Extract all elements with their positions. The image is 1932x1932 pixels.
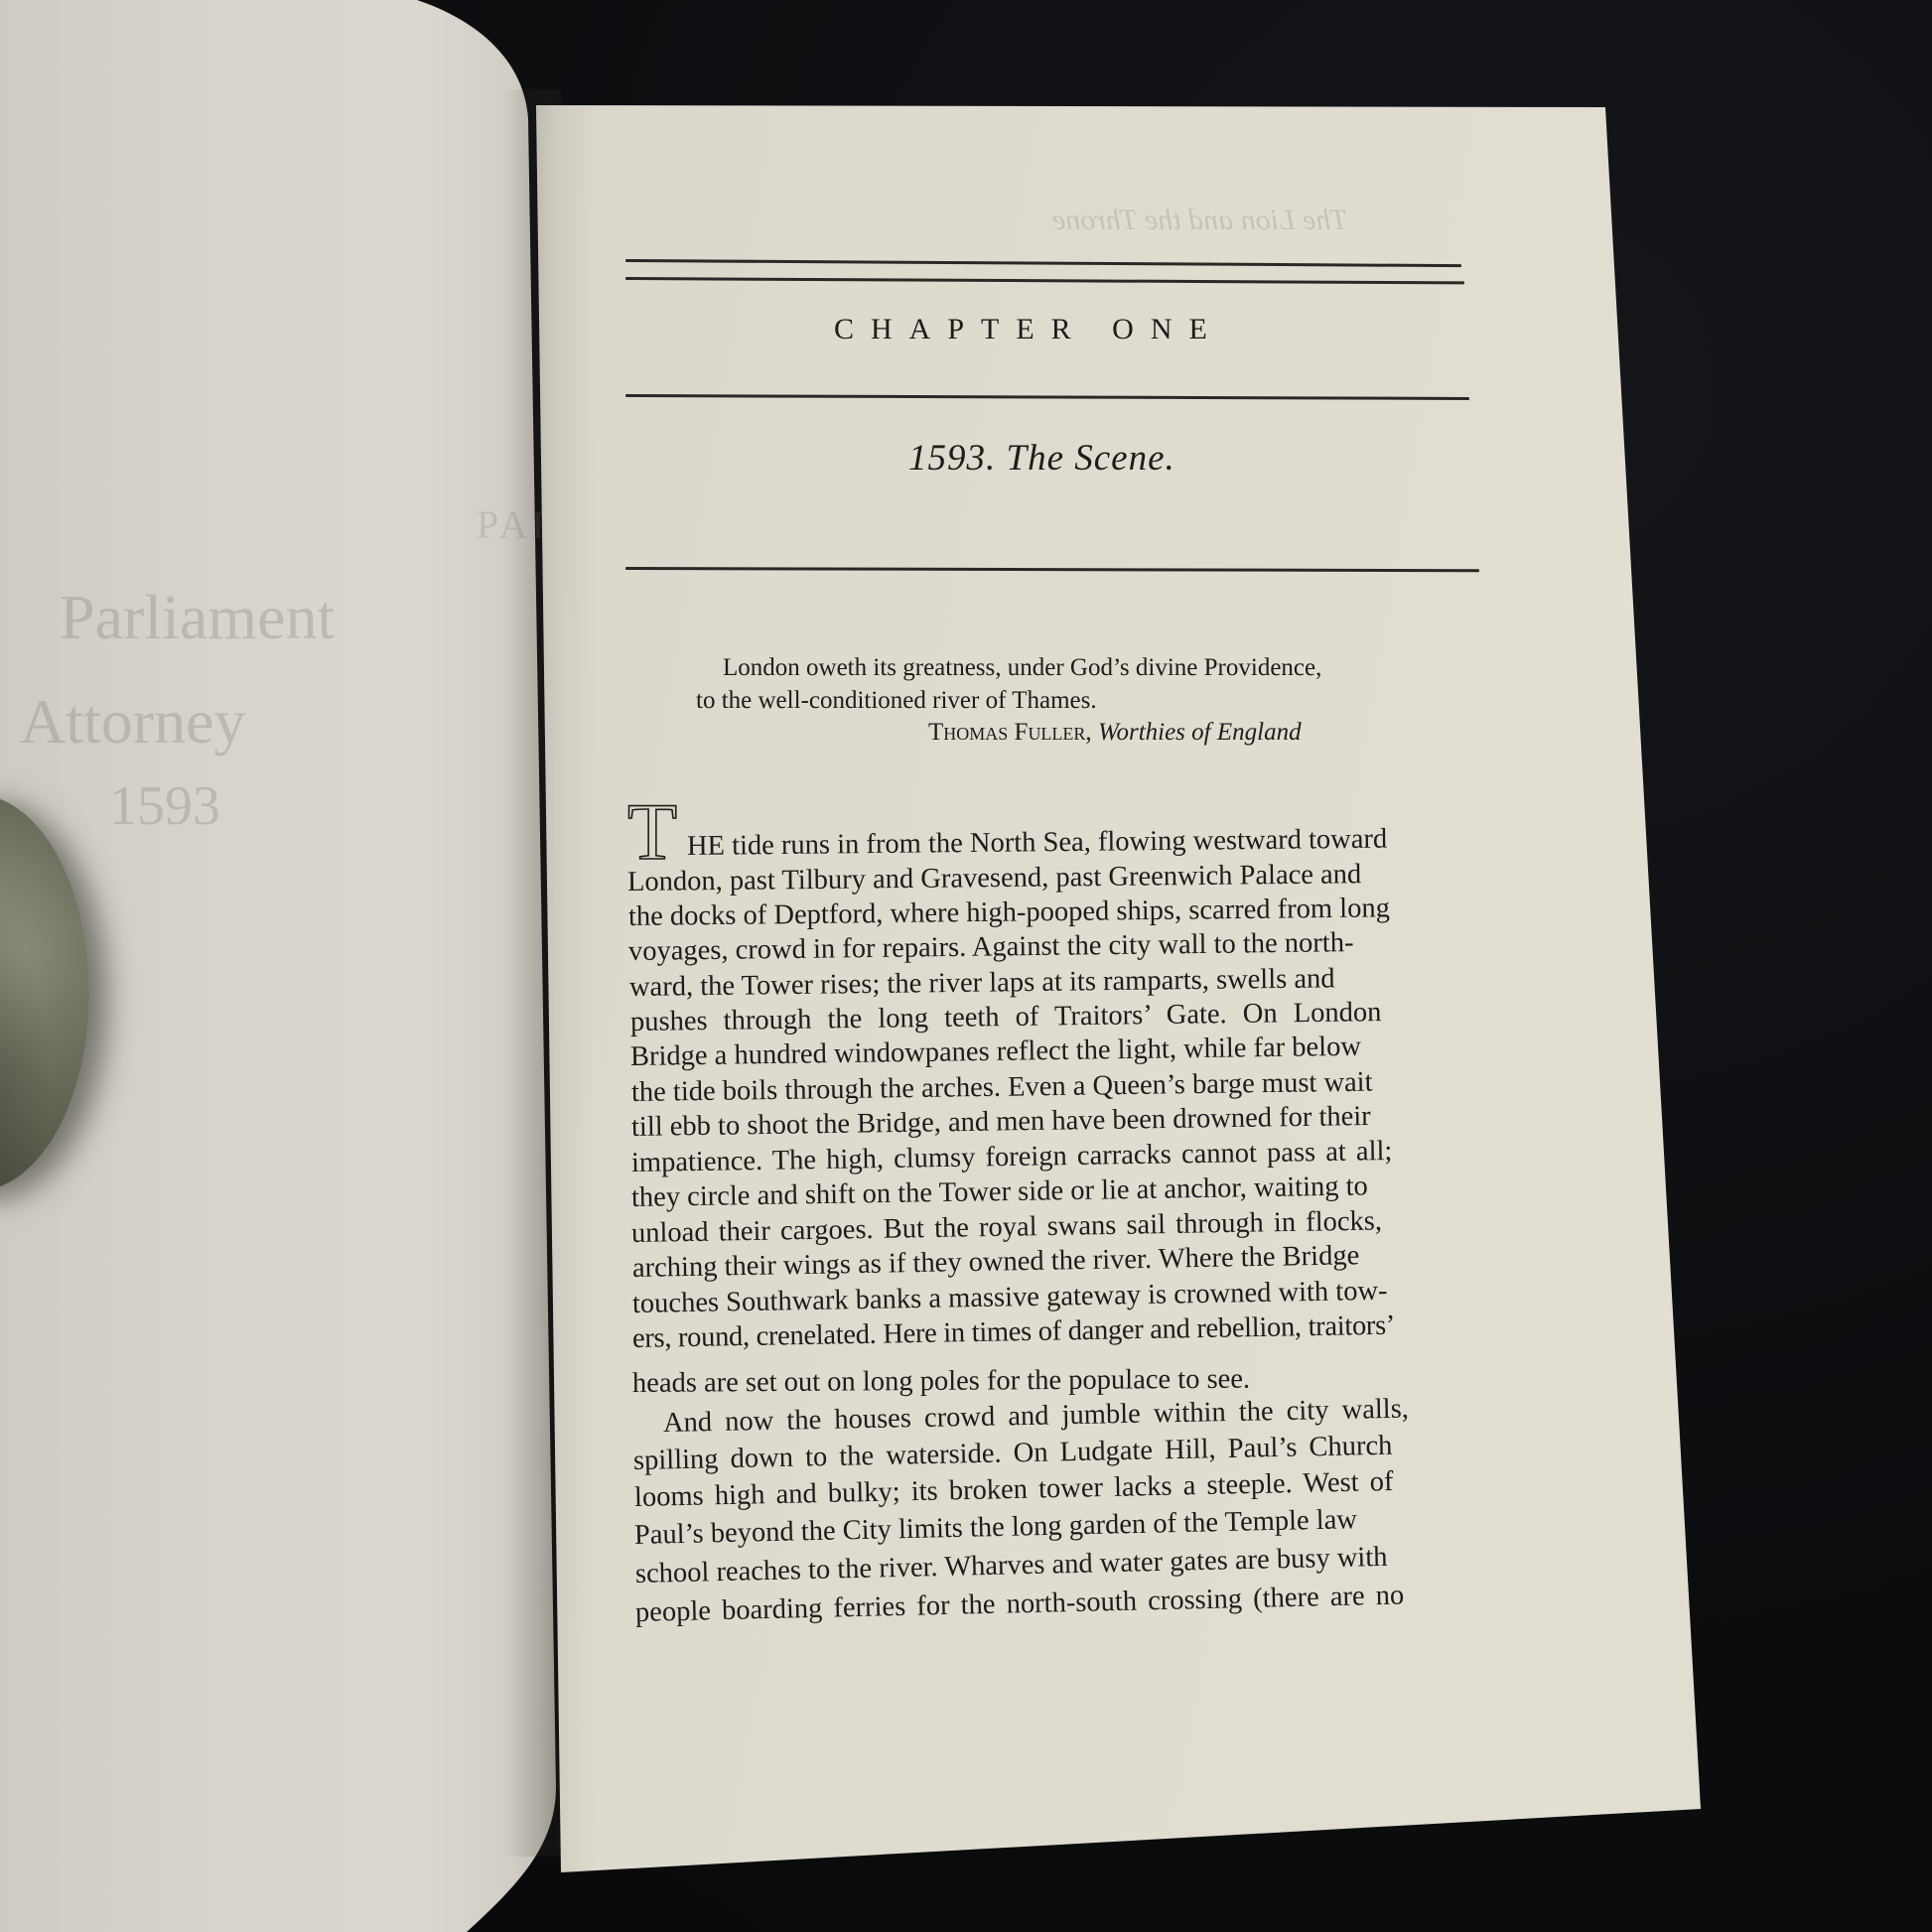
- epigraph-attribution: Thomas Fuller, Worthies of England: [928, 719, 1302, 747]
- body-text-line: the docks of Deptford, where high-pooped…: [628, 893, 1390, 933]
- heading-bottom-rule: [625, 394, 1469, 400]
- epigraph-line: London oweth its greatness, under God’s …: [723, 654, 1321, 682]
- chapter-page-text: CHAPTER ONE 1593. The Scene. London owet…: [0, 0, 1932, 1932]
- chapter-heading: CHAPTER ONE: [834, 313, 1224, 346]
- drop-cap: T: [627, 791, 677, 873]
- body-text-line: heads are set out on long poles for the …: [632, 1364, 1250, 1400]
- body-text-line: HE tide runs in from the North Sea, flow…: [687, 824, 1388, 863]
- chapter-subtitle: 1593. The Scene.: [908, 437, 1175, 480]
- top-rule-1: [625, 259, 1461, 267]
- subtitle-bottom-rule: [625, 567, 1479, 572]
- body-text-line: ward, the Tower rises; the river laps at…: [629, 963, 1335, 1004]
- epigraph-work: Worthies of England: [1098, 719, 1302, 746]
- epigraph-line: to the well-conditioned river of Thames.: [696, 687, 1097, 715]
- epigraph-author: Thomas Fuller,: [928, 719, 1092, 746]
- body-text-line: London, past Tilbury and Gravesend, past…: [627, 859, 1362, 898]
- body-text-line: Bridge a hundred windowpanes reflect the…: [630, 1032, 1361, 1073]
- top-rule-2: [625, 277, 1464, 284]
- body-text-line: voyages, crowd in for repairs. Against t…: [628, 927, 1354, 968]
